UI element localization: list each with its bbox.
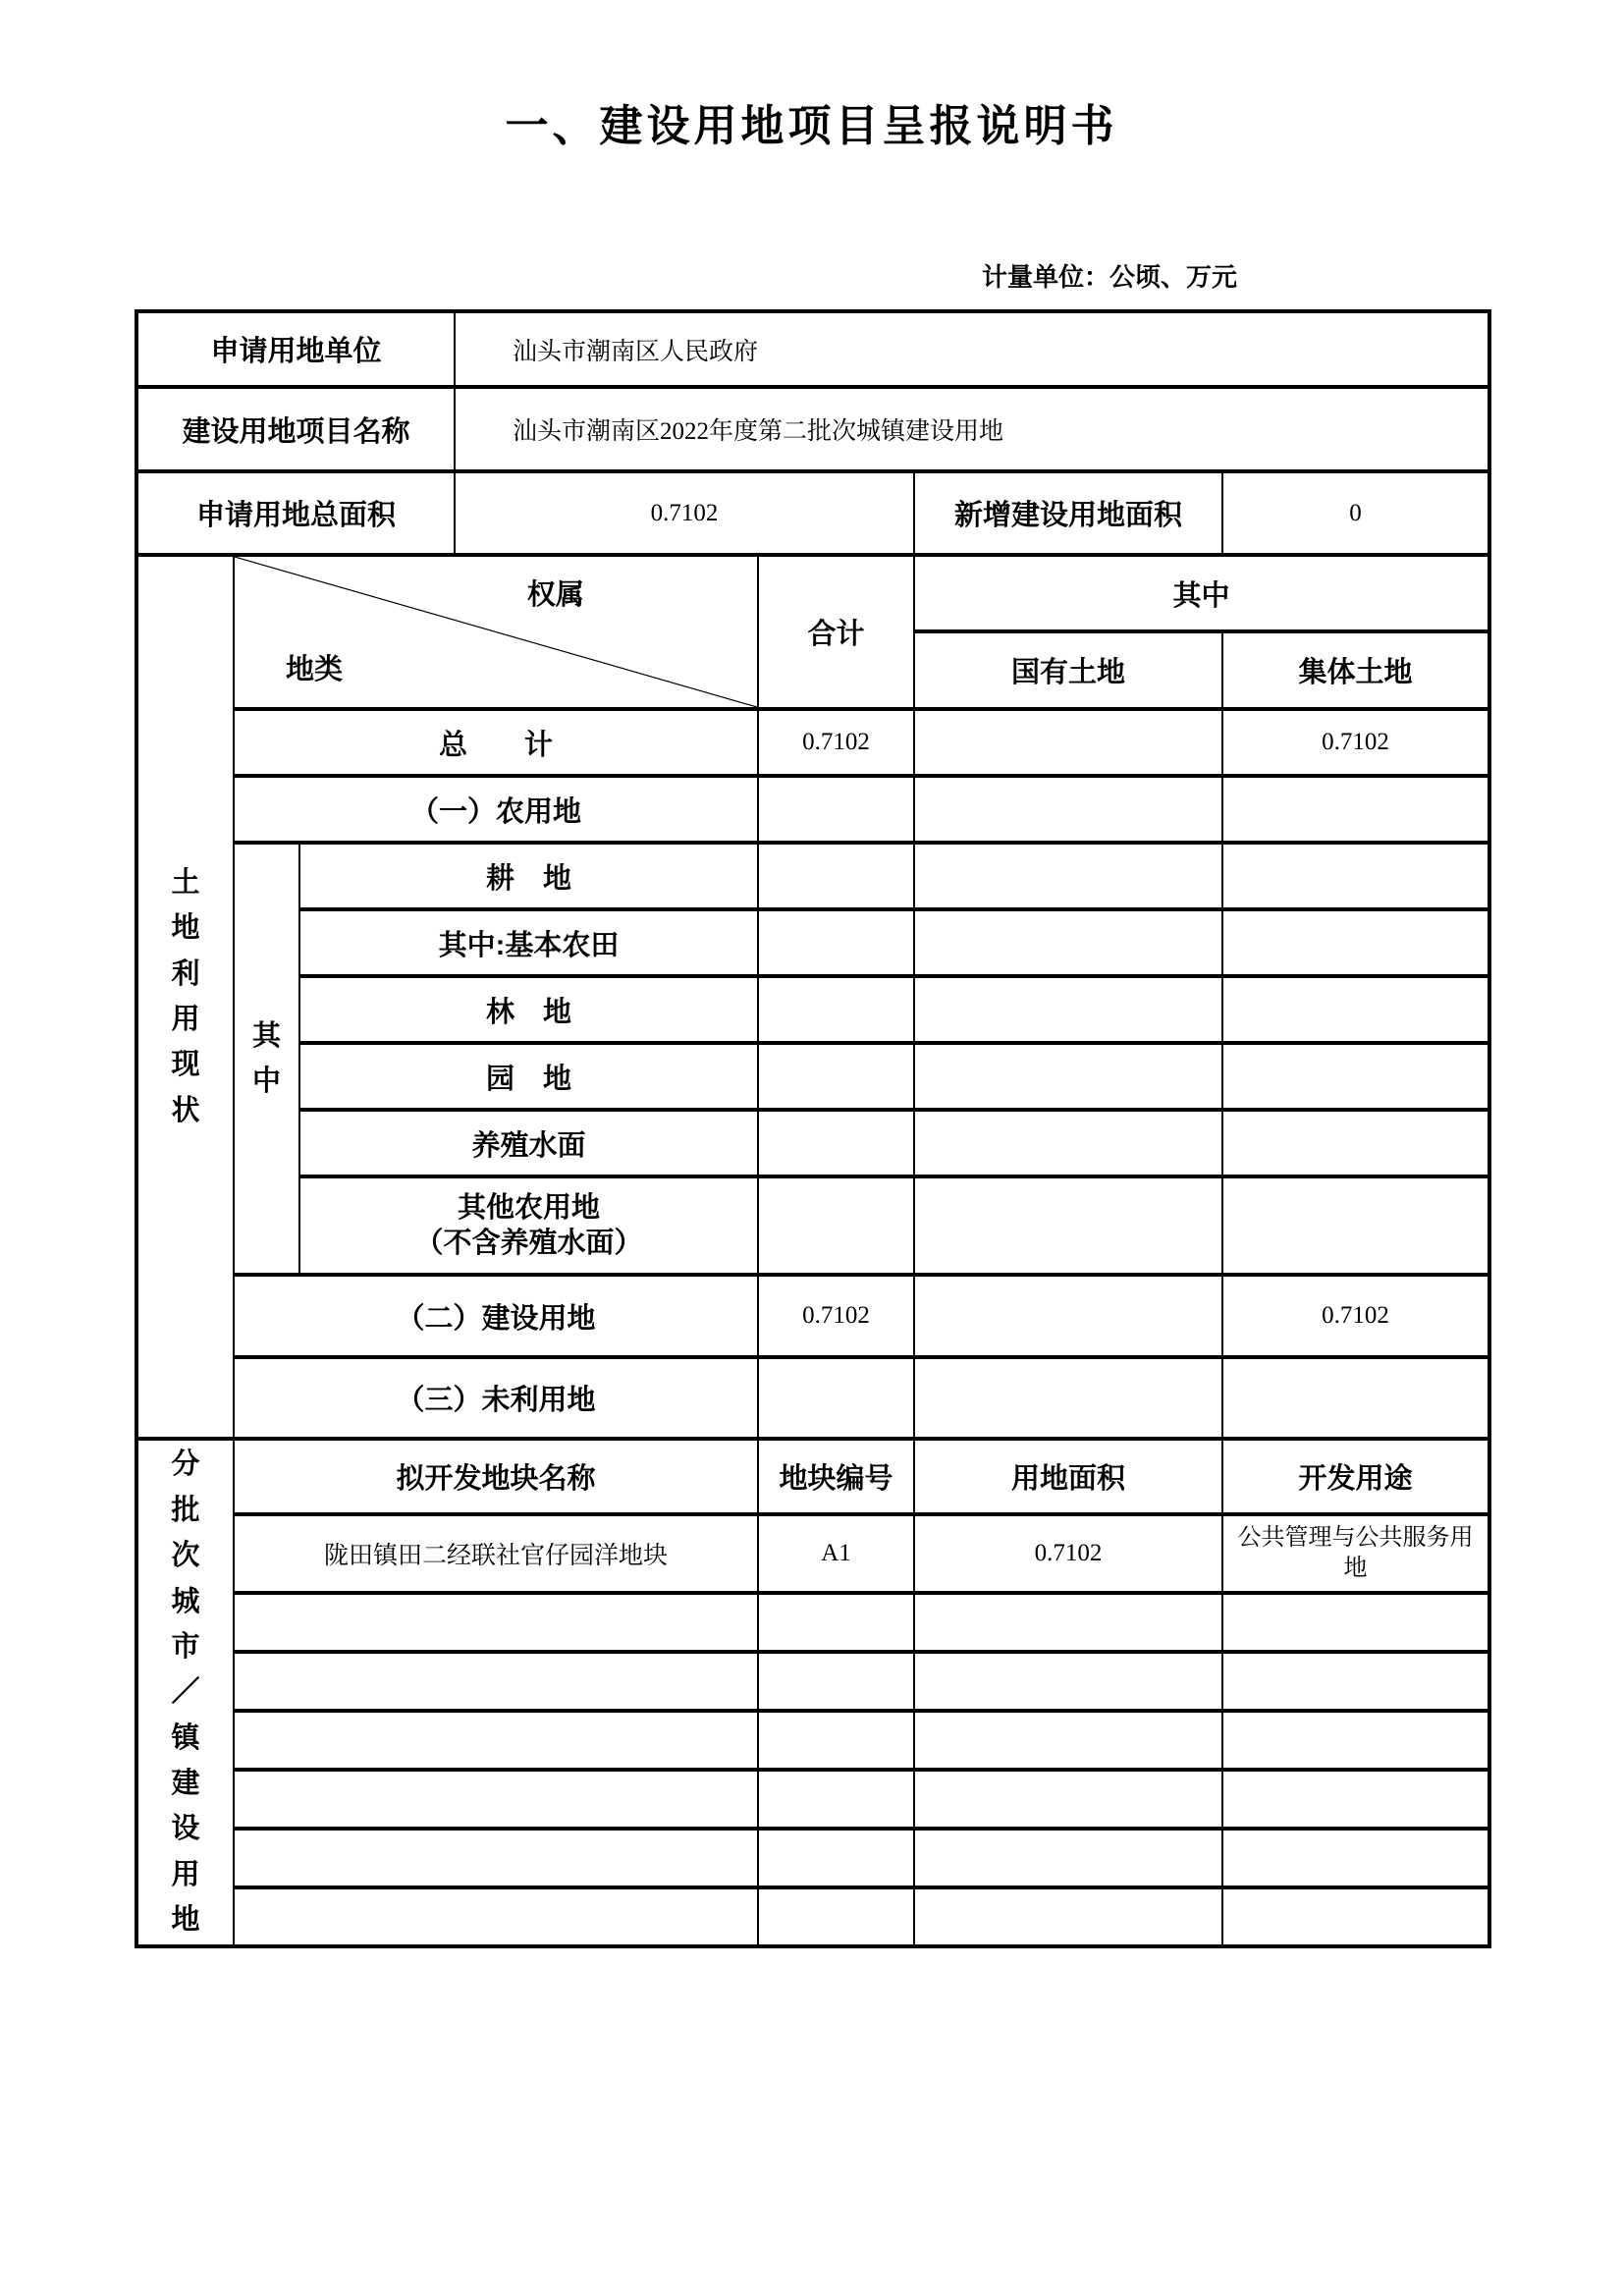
cell-total-cultivated: [758, 843, 914, 909]
cell-collective-basic-farmland: [1222, 909, 1489, 976]
cell-empty-area: [914, 1887, 1222, 1946]
cell-total-garden: [758, 1043, 914, 1110]
cell-empty-code: [758, 1770, 914, 1829]
row-landuse-header-1: 土地利用现状 权属 地类 合计 其中: [136, 555, 1489, 631]
section-label-batch: 分批次城市／镇建设用地: [136, 1439, 234, 1946]
row-parcel-empty-5: [136, 1829, 1489, 1887]
cell-name-other-agricultural: 其他农用地 （不含养殖水面）: [299, 1176, 758, 1275]
row-aquaculture: 养殖水面: [136, 1110, 1489, 1176]
cell-empty-purpose: [1222, 1652, 1489, 1711]
cell-total-basic-farmland: [758, 909, 914, 976]
header-parcel-area: 用地面积: [914, 1439, 1222, 1514]
cell-total-construction: 0.7102: [758, 1275, 914, 1357]
cell-state-agricultural: [914, 776, 1222, 843]
row-garden-land: 园 地: [136, 1043, 1489, 1110]
vertical-label-among-which: 其中: [250, 1013, 282, 1105]
cell-empty-area: [914, 1711, 1222, 1770]
cell-collective-agricultural: [1222, 776, 1489, 843]
cell-empty-name: [234, 1652, 758, 1711]
row-parcel-empty-3: [136, 1711, 1489, 1770]
cell-parcel-area: 0.7102: [914, 1514, 1222, 1593]
document-title: 一、建设用地项目呈报说明书: [0, 90, 1623, 153]
unit-note: 计量单位：公顷、万元: [982, 257, 1237, 294]
cell-total-agricultural: [758, 776, 914, 843]
diagonal-label-land-type: 地类: [286, 647, 343, 687]
cell-empty-name: [234, 1593, 758, 1652]
cell-empty-name: [234, 1711, 758, 1770]
subsection-label-among-which: 其中: [234, 843, 299, 1275]
row-grand-total: 总 计 0.7102 0.7102: [136, 709, 1489, 776]
header-parcel-code: 地块编号: [758, 1439, 914, 1514]
row-forest-land: 林 地: [136, 976, 1489, 1043]
cell-empty-purpose: [1222, 1711, 1489, 1770]
cell-name-unused: （三）未利用地: [234, 1357, 758, 1439]
cell-name-garden: 园 地: [299, 1043, 758, 1110]
cell-empty-purpose: [1222, 1887, 1489, 1946]
row-total-area: 申请用地总面积 0.7102 新增建设用地面积 0: [136, 471, 1489, 555]
row-cultivated-land: 其中 耕 地: [136, 843, 1489, 909]
header-subtotal: 其中: [914, 555, 1489, 631]
cell-parcel-code: A1: [758, 1514, 914, 1593]
cell-empty-purpose: [1222, 1829, 1489, 1887]
cell-state-aquaculture: [914, 1110, 1222, 1176]
header-state-land: 国有土地: [914, 631, 1222, 709]
cell-empty-area: [914, 1770, 1222, 1829]
cell-name-grand-total: 总 计: [234, 709, 758, 776]
label-new-construction-area: 新增建设用地面积: [914, 471, 1222, 555]
cell-state-other-agricultural: [914, 1176, 1222, 1275]
cell-parcel-purpose: 公共管理与公共服务用地: [1222, 1514, 1489, 1593]
value-new-construction-area: 0: [1222, 471, 1489, 555]
row-parcel-empty-1: [136, 1593, 1489, 1652]
cell-collective-forest: [1222, 976, 1489, 1043]
cell-empty-code: [758, 1829, 914, 1887]
row-batch-header: 分批次城市／镇建设用地 拟开发地块名称 地块编号 用地面积 开发用途: [136, 1439, 1489, 1514]
cell-total-grand-total: 0.7102: [758, 709, 914, 776]
cell-name-cultivated: 耕 地: [299, 843, 758, 909]
row-basic-farmland: 其中:基本农田: [136, 909, 1489, 976]
cell-collective-construction: 0.7102: [1222, 1275, 1489, 1357]
label-total-area: 申请用地总面积: [136, 471, 455, 555]
cell-state-basic-farmland: [914, 909, 1222, 976]
row-parcel-empty-2: [136, 1652, 1489, 1711]
cell-state-unused: [914, 1357, 1222, 1439]
cell-total-aquaculture: [758, 1110, 914, 1176]
vertical-label-land-use: 土地利用现状: [170, 860, 201, 1133]
header-parcel-name: 拟开发地块名称: [234, 1439, 758, 1514]
cell-empty-name: [234, 1770, 758, 1829]
document-page: 一、建设用地项目呈报说明书 计量单位：公顷、万元 申请用地单位 汕头市潮南区人民…: [0, 0, 1623, 2296]
row-unused-land: （三）未利用地: [136, 1357, 1489, 1439]
row-applicant: 申请用地单位 汕头市潮南区人民政府: [136, 311, 1489, 387]
cell-collective-garden: [1222, 1043, 1489, 1110]
cell-collective-cultivated: [1222, 843, 1489, 909]
cell-empty-code: [758, 1887, 914, 1946]
form-table: 申请用地单位 汕头市潮南区人民政府 建设用地项目名称 汕头市潮南区2022年度第…: [135, 309, 1491, 1948]
value-applicant-unit: 汕头市潮南区人民政府: [455, 311, 1489, 387]
cell-total-forest: [758, 976, 914, 1043]
cell-collective-unused: [1222, 1357, 1489, 1439]
cell-name-forest: 林 地: [299, 976, 758, 1043]
cell-empty-purpose: [1222, 1593, 1489, 1652]
cell-empty-code: [758, 1711, 914, 1770]
section-label-land-use-status: 土地利用现状: [136, 555, 234, 1439]
value-total-area: 0.7102: [455, 471, 914, 555]
value-project-name: 汕头市潮南区2022年度第二批次城镇建设用地: [455, 387, 1489, 471]
cell-total-unused: [758, 1357, 914, 1439]
cell-empty-area: [914, 1593, 1222, 1652]
cell-state-construction: [914, 1275, 1222, 1357]
header-collective-land: 集体土地: [1222, 631, 1489, 709]
row-parcel-empty-6: [136, 1887, 1489, 1946]
row-parcel-empty-4: [136, 1770, 1489, 1829]
cell-empty-name: [234, 1887, 758, 1946]
label-project-name: 建设用地项目名称: [136, 387, 455, 471]
cell-state-grand-total: [914, 709, 1222, 776]
cell-collective-grand-total: 0.7102: [1222, 709, 1489, 776]
cell-empty-area: [914, 1652, 1222, 1711]
header-total: 合计: [758, 555, 914, 709]
cell-state-cultivated: [914, 843, 1222, 909]
vertical-label-batch: 分批次城市／镇建设用地: [170, 1442, 201, 1942]
cell-empty-code: [758, 1593, 914, 1652]
label-applicant-unit: 申请用地单位: [136, 311, 455, 387]
cell-empty-area: [914, 1829, 1222, 1887]
cell-empty-code: [758, 1652, 914, 1711]
row-parcel-a1: 陇田镇田二经联社官仔园洋地块 A1 0.7102 公共管理与公共服务用地: [136, 1514, 1489, 1593]
cell-name-aquaculture: 养殖水面: [299, 1110, 758, 1176]
cell-name-construction: （二）建设用地: [234, 1275, 758, 1357]
row-agricultural-land: （一）农用地: [136, 776, 1489, 843]
cell-name-basic-farmland: 其中:基本农田: [299, 909, 758, 976]
cell-collective-other-agricultural: [1222, 1176, 1489, 1275]
cell-total-other-agricultural: [758, 1176, 914, 1275]
cell-name-agricultural: （一）农用地: [234, 776, 758, 843]
header-parcel-purpose: 开发用途: [1222, 1439, 1489, 1514]
cell-empty-purpose: [1222, 1770, 1489, 1829]
cell-parcel-name: 陇田镇田二经联社官仔园洋地块: [234, 1514, 758, 1593]
row-other-agricultural: 其他农用地 （不含养殖水面）: [136, 1176, 1489, 1275]
cell-collective-aquaculture: [1222, 1110, 1489, 1176]
cell-empty-name: [234, 1829, 758, 1887]
diagonal-header-cell: 权属 地类: [234, 555, 758, 709]
diagonal-label-ownership: 权属: [527, 573, 584, 613]
cell-state-forest: [914, 976, 1222, 1043]
cell-state-garden: [914, 1043, 1222, 1110]
row-construction-land: （二）建设用地 0.7102 0.7102: [136, 1275, 1489, 1357]
row-project-name: 建设用地项目名称 汕头市潮南区2022年度第二批次城镇建设用地: [136, 387, 1489, 471]
